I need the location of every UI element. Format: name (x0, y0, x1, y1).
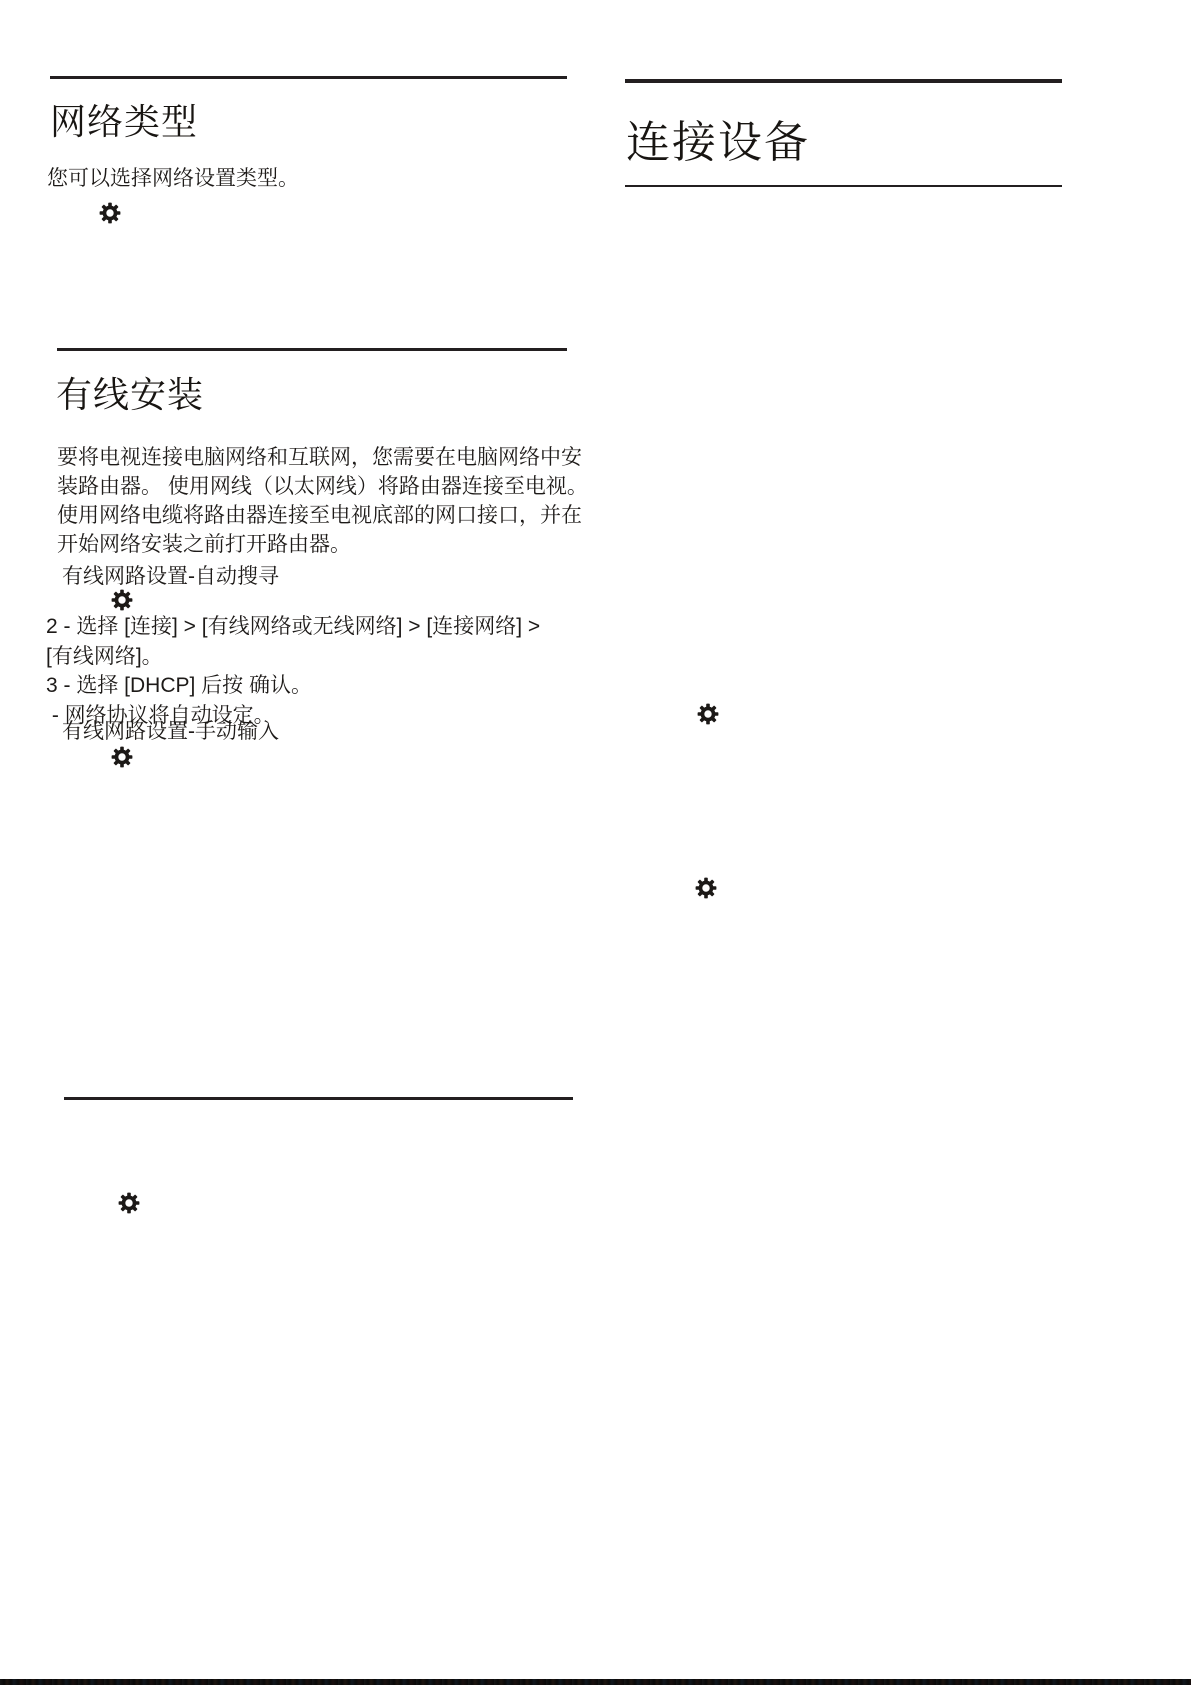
gear-icon (694, 876, 718, 900)
wired-setup-manual-label: 有线网路设置-手动输入 (62, 717, 279, 746)
wired-setup-auto-label: 有线网路设置-自动搜寻 (62, 562, 279, 591)
section-divider-wired-install (57, 348, 567, 351)
network-type-intro-text: 您可以选择网络设置类型。 (47, 164, 299, 193)
paragraph-line: 开始网络安装之前打开路由器。 (57, 530, 588, 559)
step-line: 3 - 选择 [DHCP] 后按 确认。 (46, 671, 540, 701)
gear-icon (98, 201, 122, 225)
gear-icon (110, 745, 134, 769)
section-divider-bottom-left (64, 1097, 573, 1100)
section-divider-top-left (50, 76, 567, 79)
step-line: [有线网络]。 (46, 642, 540, 672)
wired-setup-steps: 2 - 选择 [连接] > [有线网络或无线网络] > [连接网络] > [有线… (46, 612, 540, 730)
step-line: 2 - 选择 [连接] > [有线网络或无线网络] > [连接网络] > (46, 612, 540, 642)
paragraph-line: 要将电视连接电脑网络和互联网，您需要在电脑网络中安 (57, 443, 588, 472)
section-heading-wired-install: 有线安装 (56, 374, 204, 415)
gear-icon (696, 702, 720, 726)
manual-page: 网络类型 您可以选择网络设置类型。 有线安装 要将电视连接电脑网络和互联网，您需… (0, 0, 1191, 1685)
chapter-divider-bottom (625, 185, 1062, 187)
chapter-divider-top (625, 79, 1062, 83)
section-heading-network-type: 网络类型 (50, 101, 198, 142)
paragraph-line: 装路由器。 使用网线（以太网线）将路由器连接至电视。 (57, 472, 588, 501)
chapter-heading-connect-devices: 连接设备 (626, 117, 810, 170)
wired-install-paragraph: 要将电视连接电脑网络和互联网，您需要在电脑网络中安 装路由器。 使用网线（以太网… (57, 443, 588, 559)
scan-edge-artifact (0, 1679, 1191, 1685)
gear-icon (117, 1191, 141, 1215)
gear-icon (110, 588, 134, 612)
paragraph-line: 使用网络电缆将路由器连接至电视底部的网口接口，并在 (57, 501, 588, 530)
